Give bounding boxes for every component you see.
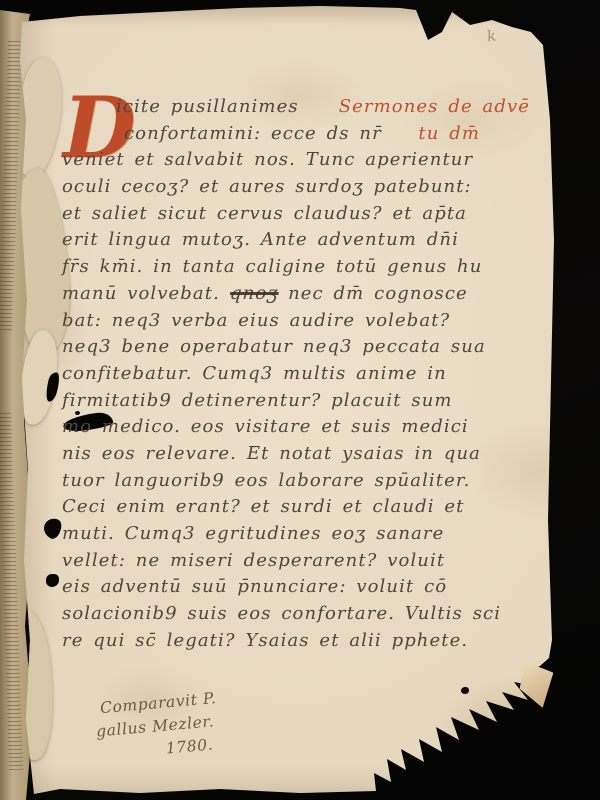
manuscript-line: fr̄s km̄i. in tanta caligine totū genus … [62, 254, 530, 281]
manuscript-line: nis eos relevare. Et notat ysaias in qua [62, 441, 530, 468]
manuscript-line: confitebatur. Cumq3 multis anime in [62, 361, 530, 388]
ink-text: manū volvebat. [62, 283, 230, 304]
manuscript-line: solacionib9 suis eos confortare. Vultis … [62, 601, 530, 628]
manuscript-line: muti. Cumq3 egritudines eoʒ sanare [62, 521, 530, 548]
manuscript-line: eis adventū suū p̄nunciare: voluit cō [62, 574, 530, 601]
ink-text: Ceci enim erant? et surdi et claudi et [62, 496, 464, 517]
ink-text: oculi cecoʒ? et aures surdoʒ patebunt: [62, 176, 472, 197]
parchment-hole [461, 687, 469, 694]
ink-text: tuor languorib9 eos laborare spūaliter. [62, 470, 470, 491]
ink-text: solacionib9 suis eos confortare. Vultis … [62, 603, 501, 624]
fragment-script-texture [0, 410, 23, 770]
manuscript-line: bat: neq3 verba eius audire volebat? [62, 308, 530, 335]
ink-text: icite pusillanimes [116, 94, 299, 121]
manuscript-line: erit lingua mutoʒ. Ante adventum dn̄i [62, 227, 530, 254]
ink-text: mo medico. eos visitare et suis medici [62, 416, 469, 437]
manuscript-line: vellet: ne miseri desperarent? voluit [62, 548, 530, 575]
ink-text: vellet: ne miseri desperarent? voluit [62, 550, 445, 571]
ownership-inscription: Comparavit P.gallus Mezler.1780. [99, 687, 221, 766]
ink-text: confortamini: ecce ds nr̄ [124, 121, 382, 148]
ink-text: veniet et salvabit nos. Tunc aperientur [62, 149, 473, 170]
ink-text: fr̄s km̄i. in tanta caligine totū genus … [62, 256, 482, 277]
manuscript-page: k D icite pusillanimesSermones de advēco… [0, 0, 600, 800]
manuscript-line: tuor languorib9 eos laborare spūaliter. [62, 468, 530, 495]
ink-text: re qui sc̄ legati? Ysaias et alii pphete… [62, 630, 468, 651]
manuscript-lines: icite pusillanimesSermones de advēconfor… [62, 94, 530, 654]
rubric-text: Sermones de advē [339, 94, 530, 121]
manuscript-line: oculi cecoʒ? et aures surdoʒ patebunt: [62, 174, 530, 201]
ink-text: confitebatur. Cumq3 multis anime in [62, 363, 447, 384]
ink-text: neq3 bene operabatur neq3 peccata sua [62, 336, 486, 357]
manuscript-line: et saliet sicut cervus claudus? et ap̄ta [62, 201, 530, 228]
parchment-hole [46, 574, 59, 587]
ink-text: muti. Cumq3 egritudines eoʒ sanare [62, 523, 444, 544]
manuscript-line: neq3 bene operabatur neq3 peccata sua [62, 334, 530, 361]
ink-text: nis eos relevare. Et notat ysaias in qua [62, 443, 481, 464]
manuscript-line: veniet et salvabit nos. Tunc aperientur [62, 147, 530, 174]
photograph-background: k D icite pusillanimesSermones de advēco… [0, 0, 600, 800]
fragment-script-texture [0, 40, 22, 330]
ink-text: et saliet sicut cervus claudus? et ap̄ta [62, 203, 467, 224]
manuscript-line: icite pusillanimesSermones de advē [62, 94, 530, 121]
ink-text: erit lingua mutoʒ. Ante adventum dn̄i [62, 229, 459, 250]
manuscript-line: confortamini: ecce ds nr̄tu dm̄ [62, 121, 530, 148]
ink-text: nec dm̄ cognosce [278, 283, 468, 304]
ink-text: eis adventū suū p̄nunciare: voluit cō [62, 576, 447, 597]
inscription-line: 1780. [165, 733, 221, 761]
manuscript-line: mo medico. eos visitare et suis medici [62, 414, 530, 441]
folio-mark: k [486, 26, 498, 45]
manuscript-line: firmitatib9 detinerentur? placuit sum [62, 388, 530, 415]
manuscript-line: Ceci enim erant? et surdi et claudi et [62, 494, 530, 521]
manuscript-line: re qui sc̄ legati? Ysaias et alii pphete… [62, 628, 530, 655]
ink-text: firmitatib9 detinerentur? placuit sum [62, 390, 453, 411]
manuscript-line: manū volvebat. qnoʒ nec dm̄ cognosce [62, 281, 530, 308]
struck-word: qnoʒ [228, 281, 279, 308]
ink-text: bat: neq3 verba eius audire volebat? [62, 310, 450, 331]
rubric-text: tu dm̄ [418, 121, 480, 148]
